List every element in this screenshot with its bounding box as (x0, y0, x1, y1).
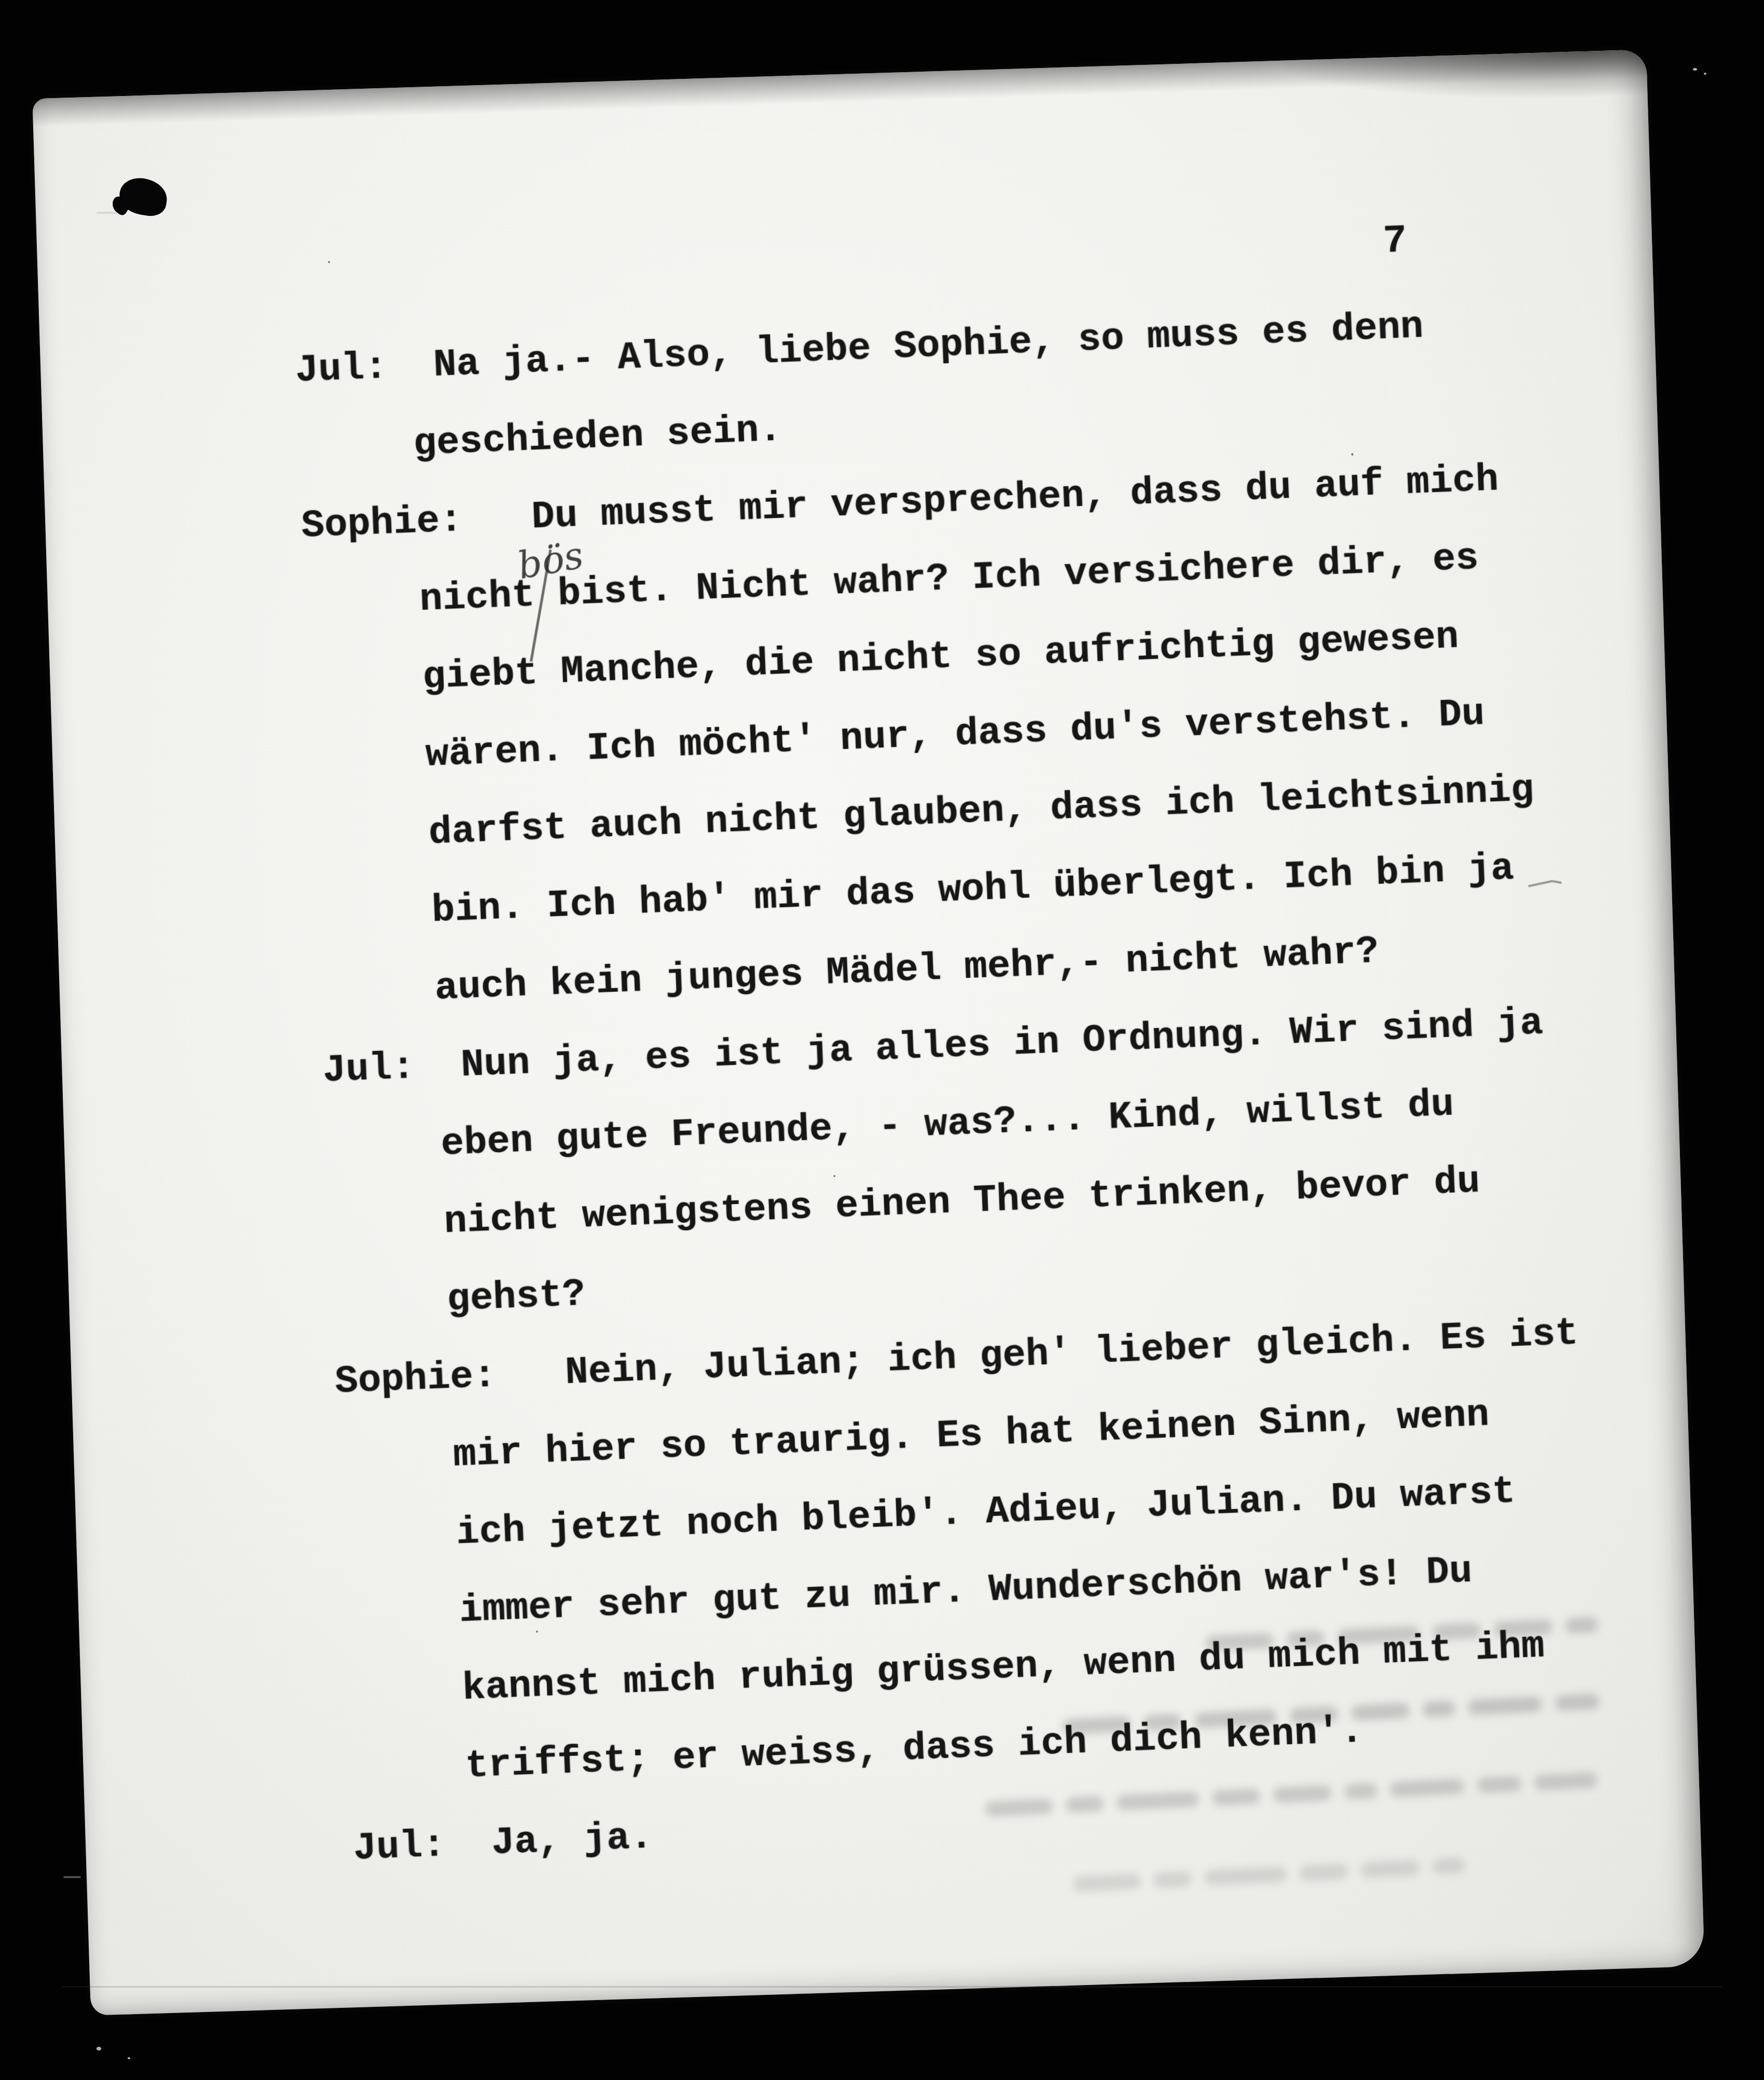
bleedthrough-smudge-row (1073, 1856, 1494, 1892)
bleedthrough-word-blob (1073, 1873, 1141, 1892)
handwritten-word: bös (514, 533, 586, 587)
handwritten-boes-annotation: bös (489, 528, 608, 672)
dust-streak (63, 1876, 81, 1878)
bleedthrough-word-blob (1361, 1860, 1420, 1878)
page-number: 7 (1382, 218, 1408, 264)
page-top-right-shade (1273, 49, 1647, 107)
page: 7 Jul: Na ja.- Also, liebe Sophie, so mu… (32, 49, 1704, 2015)
dust-speck (1704, 73, 1706, 75)
bleedthrough-word-blob (1153, 1871, 1191, 1888)
pencil-mark (1527, 873, 1564, 891)
dust-speck (128, 2057, 130, 2059)
dust-streak (97, 212, 117, 214)
dialogue-lines: Jul: Na ja.- Also, liebe Sophie, so muss… (294, 281, 1661, 1888)
scan-background: 7 Jul: Na ja.- Also, liebe Sophie, so mu… (0, 0, 1764, 2080)
ink-blob (117, 175, 170, 218)
typescript-text-block: 7 Jul: Na ja.- Also, liebe Sophie, so mu… (294, 281, 1661, 1888)
dust-speck (97, 2047, 101, 2050)
scan-artifact-line (62, 1986, 1722, 1988)
bleedthrough-word-blob (1432, 1858, 1465, 1875)
dust-speck (1693, 68, 1697, 71)
bleedthrough-word-blob (1300, 1863, 1348, 1881)
dust-speck (328, 261, 330, 263)
bleedthrough-word-blob (1204, 1866, 1287, 1886)
